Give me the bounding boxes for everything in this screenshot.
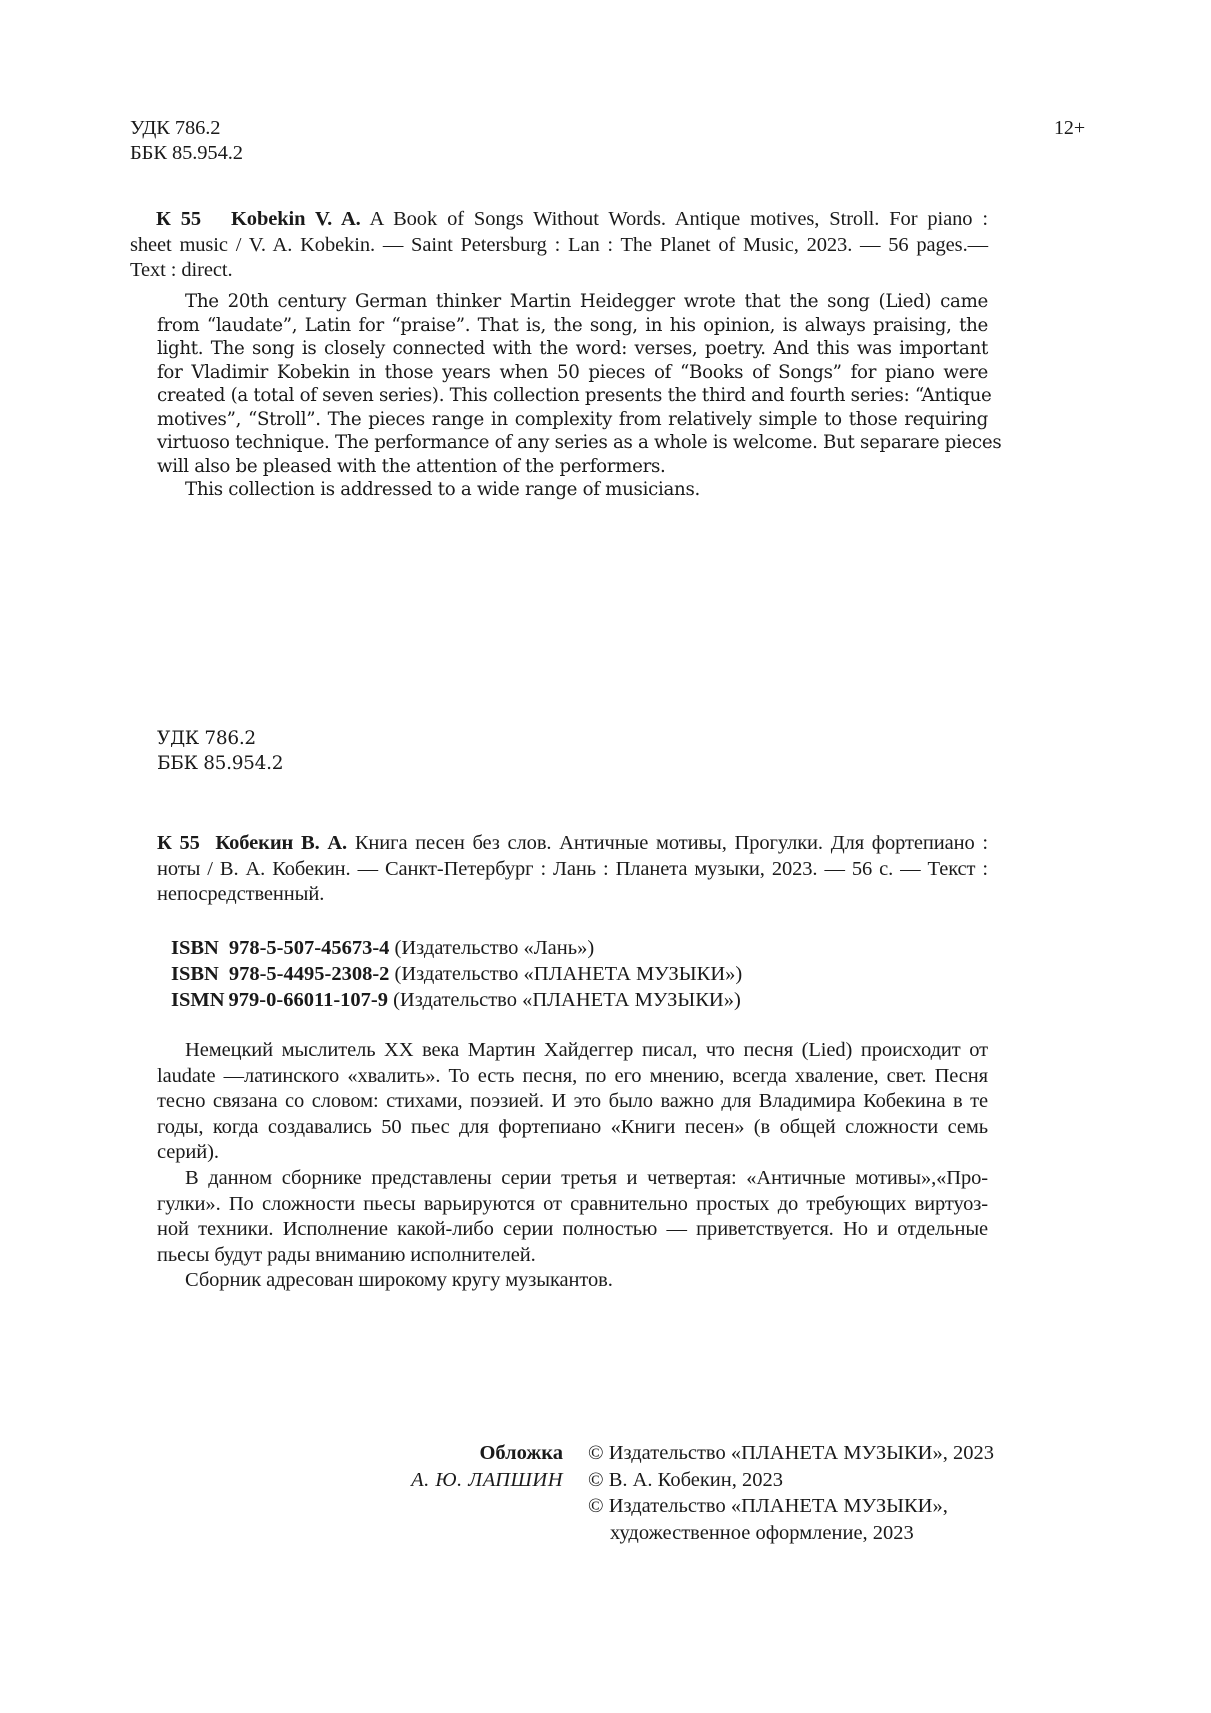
age-rating: 12+ xyxy=(1054,116,1085,141)
annotation-en-line: will also be pleased with the attention … xyxy=(157,455,988,479)
annotation-ru: Немецкий мыслитель XX века Мартин Хайдег… xyxy=(157,1038,988,1294)
annotation-en-line: created (a total of seven series). This … xyxy=(157,384,988,408)
annotation-ru-line: ной техники. Исполнение какой-либо серии… xyxy=(157,1217,988,1243)
identifier-number: 979-0-66011-107-9 xyxy=(229,987,388,1013)
copyright-block: © Издательство «ПЛАНЕТА МУЗЫКИ», 2023 © … xyxy=(588,1440,994,1546)
annotation-ru-line: серий). xyxy=(157,1140,988,1166)
copyright-line: © Издательство «ПЛАНЕТА МУЗЫКИ», xyxy=(588,1493,994,1520)
catalog-title-en: A Book of Songs Without Words. Antique m… xyxy=(361,208,988,230)
identifier-row: ISBN978-5-507-45673-4 (Издательство «Лан… xyxy=(171,935,742,961)
annotation-en-line: light. The song is closely connected wit… xyxy=(157,337,988,361)
annotation-ru-line: пьесы будут рады вниманию исполнителей. xyxy=(157,1243,988,1269)
annotation-ru-line: В данном сборнике представлены серии тре… xyxy=(157,1166,988,1192)
identifier-row: ISMN979-0-66011-107-9 (Издательство «ПЛА… xyxy=(171,987,742,1013)
catalog-index-ru: К 55 xyxy=(157,832,200,854)
annotation-ru-line: тесно связана со словом: стихами, поэзие… xyxy=(157,1089,988,1115)
catalog-entry-en: К 55 Kobekin V. A. A Book of Songs Witho… xyxy=(130,207,988,284)
annotation-ru-line: гулки». По сложности пьесы варьируются о… xyxy=(157,1192,988,1218)
catalog-author-en: Kobekin V. A. xyxy=(231,208,361,230)
identifier-type: ISBN xyxy=(171,935,219,961)
catalog-index-en: К 55 xyxy=(156,208,201,230)
catalog-entry-en-line-1: К 55 Kobekin V. A. A Book of Songs Witho… xyxy=(130,207,988,233)
copyright-line: © В. А. Кобекин, 2023 xyxy=(588,1467,994,1494)
identifier-row: ISBN978-5-4495-2308-2 (Издательство «ПЛА… xyxy=(171,961,742,987)
identifier-type: ISBN xyxy=(171,961,219,987)
annotation-en-closing: This collection is addressed to a wide r… xyxy=(157,478,988,502)
imprint-page: УДК 786.2 ББК 85.954.2 12+ К 55 Kobekin … xyxy=(0,0,1211,1713)
annotation-ru-line: laudate —латинского «хвалить». То есть п… xyxy=(157,1064,988,1090)
udk-code-en: УДК 786.2 xyxy=(130,116,220,141)
copyright-line: художественное оформление, 2023 xyxy=(588,1520,994,1547)
catalog-entry-ru-line-3: непосредственный. xyxy=(157,882,988,908)
catalog-entry-ru: К 55 Кобекин В. А. Книга песен без слов.… xyxy=(157,831,988,908)
identifier-number: 978-5-507-45673-4 xyxy=(229,935,390,961)
annotation-en-line: The 20th century German thinker Martin H… xyxy=(157,290,988,314)
annotation-en-line: for Vladimir Kobekin in those years when… xyxy=(157,361,988,385)
annotation-ru-line: годы, когда создавались 50 пьес для форт… xyxy=(157,1115,988,1141)
identifier-publisher: (Издательство «ПЛАНЕТА МУЗЫКИ») xyxy=(395,963,743,985)
annotation-ru-closing: Сборник адресован широкому кругу музыкан… xyxy=(157,1268,988,1294)
identifier-publisher: (Издательство «ПЛАНЕТА МУЗЫКИ») xyxy=(393,989,741,1011)
annotation-en: The 20th century German thinker Martin H… xyxy=(157,290,988,502)
cover-credit: Обложка А. Ю. ЛАПШИН xyxy=(330,1440,563,1493)
cover-label: Обложка xyxy=(330,1440,563,1467)
catalog-title-ru: Книга песен без слов. Античные мотивы, П… xyxy=(347,832,988,854)
identifier-type: ISMN xyxy=(171,987,225,1013)
identifier-publisher: (Издательство «Лань») xyxy=(395,937,595,959)
identifier-list: ISBN978-5-507-45673-4 (Издательство «Лан… xyxy=(171,935,742,1013)
copyright-line: © Издательство «ПЛАНЕТА МУЗЫКИ», 2023 xyxy=(588,1440,994,1467)
catalog-entry-ru-line-1: К 55 Кобекин В. А. Книга песен без слов.… xyxy=(157,831,988,857)
annotation-en-line: from “laudate”, Latin for “praise”. That… xyxy=(157,314,988,338)
bbk-code-en: ББК 85.954.2 xyxy=(130,141,243,166)
cover-artist: А. Ю. ЛАПШИН xyxy=(330,1467,563,1494)
annotation-en-line: motives”, “Stroll”. The pieces range in … xyxy=(157,408,988,432)
identifier-number: 978-5-4495-2308-2 xyxy=(229,961,390,987)
bbk-code-ru: ББК 85.954.2 xyxy=(157,751,283,776)
udk-code-ru: УДК 786.2 xyxy=(157,726,256,751)
annotation-en-line: virtuoso technique. The performance of a… xyxy=(157,431,988,455)
catalog-entry-en-line-3: Text : direct. xyxy=(130,258,988,284)
annotation-ru-line: Немецкий мыслитель XX века Мартин Хайдег… xyxy=(157,1038,988,1064)
catalog-entry-en-line-2: sheet music / V. A. Kobekin. — Saint Pet… xyxy=(130,233,988,259)
catalog-author-ru: Кобекин В. А. xyxy=(215,832,347,854)
catalog-entry-ru-line-2: ноты / В. А. Кобекин. — Санкт-Петербург … xyxy=(157,857,988,883)
